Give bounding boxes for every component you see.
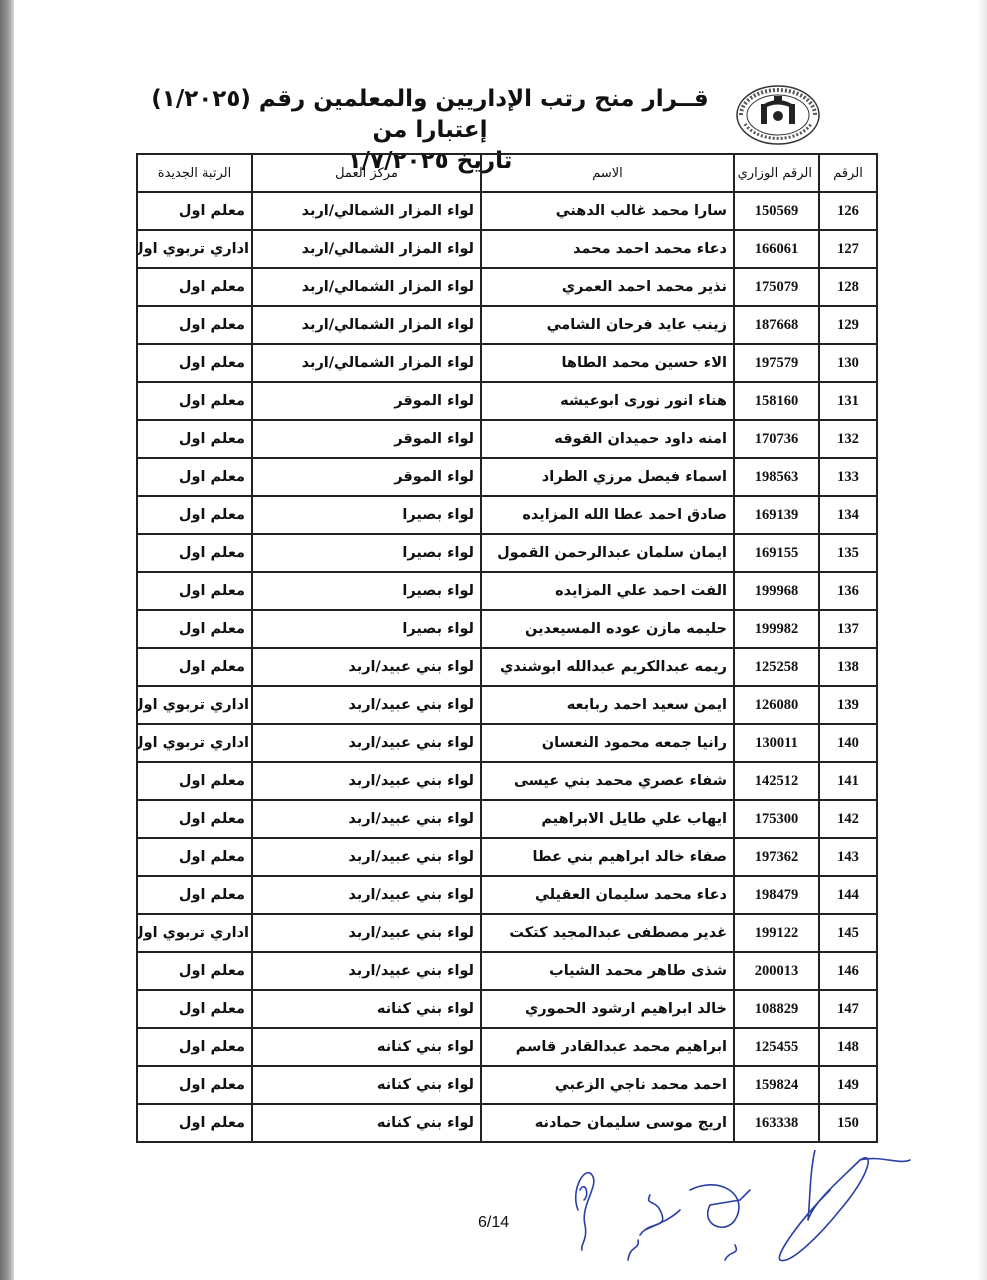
cell-serial: 131 xyxy=(819,382,877,420)
cell-work-center: لواء بصيرا xyxy=(252,534,481,572)
cell-serial: 145 xyxy=(819,914,877,952)
cell-new-rank: معلم اول xyxy=(137,610,252,648)
table-body: 126150569سارا محمد غالب الدهنيلواء المزا… xyxy=(137,192,877,1142)
cell-new-rank: معلم اول xyxy=(137,382,252,420)
cell-name: صادق احمد عطا الله المزايده xyxy=(481,496,734,534)
cell-ministry-id: 159824 xyxy=(734,1066,819,1104)
table-row: 146200013شذى طاهر محمد الشيابلواء بني عب… xyxy=(137,952,877,990)
table-row: 135169155ايمان سلمان عبدالرحمن القموللوا… xyxy=(137,534,877,572)
cell-ministry-id: 197362 xyxy=(734,838,819,876)
cell-work-center: لواء بني كنانه xyxy=(252,1104,481,1142)
cell-ministry-id: 108829 xyxy=(734,990,819,1028)
cell-ministry-id: 158160 xyxy=(734,382,819,420)
cell-work-center: لواء بصيرا xyxy=(252,610,481,648)
cell-serial: 136 xyxy=(819,572,877,610)
cell-work-center: لواء بني كنانه xyxy=(252,990,481,1028)
cell-name: حليمه مازن عوده المسيعدين xyxy=(481,610,734,648)
cell-serial: 140 xyxy=(819,724,877,762)
cell-serial: 146 xyxy=(819,952,877,990)
cell-serial: 134 xyxy=(819,496,877,534)
cell-work-center: لواء الموقر xyxy=(252,458,481,496)
cell-name: صفاء خالد ابراهيم بني عطا xyxy=(481,838,734,876)
table-row: 149159824احمد محمد ناجي الزعبيلواء بني ك… xyxy=(137,1066,877,1104)
cell-new-rank: معلم اول xyxy=(137,344,252,382)
table-row: 134169139صادق احمد عطا الله المزايدهلواء… xyxy=(137,496,877,534)
cell-ministry-id: 125258 xyxy=(734,648,819,686)
table-row: 129187668زينب عايد فرحان الشاميلواء المز… xyxy=(137,306,877,344)
cell-new-rank: اداري تربوي اول xyxy=(137,724,252,762)
ministry-emblem-icon xyxy=(735,84,821,146)
cell-work-center: لواء بصيرا xyxy=(252,496,481,534)
table-row: 128175079نذير محمد احمد العمريلواء المزا… xyxy=(137,268,877,306)
header-name: الاسم xyxy=(481,154,734,192)
cell-new-rank: معلم اول xyxy=(137,420,252,458)
cell-work-center: لواء المزار الشمالي/اربد xyxy=(252,268,481,306)
cell-work-center: لواء بني عبيد/اربد xyxy=(252,876,481,914)
header-new-rank: الرتبة الجديدة xyxy=(137,154,252,192)
cell-name: نذير محمد احمد العمري xyxy=(481,268,734,306)
rank-grants-table: الرقم الرقم الوزاري الاسم مركز العمل الر… xyxy=(136,153,878,1143)
cell-new-rank: معلم اول xyxy=(137,192,252,230)
cell-new-rank: معلم اول xyxy=(137,952,252,990)
cell-name: ايمان سلمان عبدالرحمن القمول xyxy=(481,534,734,572)
cell-work-center: لواء بني عبيد/اربد xyxy=(252,952,481,990)
cell-work-center: لواء المزار الشمالي/اربد xyxy=(252,192,481,230)
cell-name: ريمه عبدالكريم عبدالله ابوشندي xyxy=(481,648,734,686)
cell-name: ايهاب علي طايل الابراهيم xyxy=(481,800,734,838)
header-serial: الرقم xyxy=(819,154,877,192)
title-line-1: قــرار منح رتب الإداريين والمعلمين رقم (… xyxy=(140,84,720,146)
cell-work-center: لواء بني عبيد/اربد xyxy=(252,724,481,762)
cell-ministry-id: 150569 xyxy=(734,192,819,230)
cell-serial: 148 xyxy=(819,1028,877,1066)
cell-new-rank: معلم اول xyxy=(137,1028,252,1066)
cell-name: شذى طاهر محمد الشياب xyxy=(481,952,734,990)
cell-ministry-id: 169139 xyxy=(734,496,819,534)
cell-new-rank: اداري تربوي اول xyxy=(137,230,252,268)
cell-work-center: لواء بني عبيد/اربد xyxy=(252,648,481,686)
cell-name: خالد ابراهيم ارشود الحموري xyxy=(481,990,734,1028)
cell-name: امنه داود حميدان القوقه xyxy=(481,420,734,458)
cell-work-center: لواء بني عبيد/اربد xyxy=(252,914,481,952)
cell-name: ايمن سعيد احمد ربابعه xyxy=(481,686,734,724)
cell-serial: 126 xyxy=(819,192,877,230)
cell-work-center: لواء بصيرا xyxy=(252,572,481,610)
cell-ministry-id: 142512 xyxy=(734,762,819,800)
cell-name: احمد محمد ناجي الزعبي xyxy=(481,1066,734,1104)
cell-serial: 141 xyxy=(819,762,877,800)
cell-serial: 133 xyxy=(819,458,877,496)
table-row: 131158160هناء انور نورى ابوعيشهلواء المو… xyxy=(137,382,877,420)
cell-new-rank: معلم اول xyxy=(137,496,252,534)
cell-new-rank: معلم اول xyxy=(137,268,252,306)
cell-work-center: لواء الموقر xyxy=(252,382,481,420)
cell-new-rank: معلم اول xyxy=(137,458,252,496)
table-row: 130197579الاء حسين محمد الطاهالواء المزا… xyxy=(137,344,877,382)
header-work-center: مركز العمل xyxy=(252,154,481,192)
cell-work-center: لواء بني عبيد/اربد xyxy=(252,762,481,800)
cell-ministry-id: 198563 xyxy=(734,458,819,496)
cell-name: هناء انور نورى ابوعيشه xyxy=(481,382,734,420)
table-row: 141142512شفاء عصري محمد بني عيسىلواء بني… xyxy=(137,762,877,800)
cell-serial: 142 xyxy=(819,800,877,838)
cell-serial: 138 xyxy=(819,648,877,686)
cell-new-rank: معلم اول xyxy=(137,800,252,838)
cell-ministry-id: 130011 xyxy=(734,724,819,762)
handwritten-signatures-icon xyxy=(540,1150,920,1275)
cell-serial: 137 xyxy=(819,610,877,648)
cell-work-center: لواء بني عبيد/اربد xyxy=(252,838,481,876)
cell-new-rank: معلم اول xyxy=(137,572,252,610)
table-row: 143197362صفاء خالد ابراهيم بني عطالواء ب… xyxy=(137,838,877,876)
cell-work-center: لواء المزار الشمالي/اربد xyxy=(252,306,481,344)
cell-serial: 132 xyxy=(819,420,877,458)
cell-name: دعاء محمد سليمان العقيلي xyxy=(481,876,734,914)
cell-serial: 130 xyxy=(819,344,877,382)
header-ministry-id: الرقم الوزاري xyxy=(734,154,819,192)
cell-serial: 139 xyxy=(819,686,877,724)
cell-new-rank: معلم اول xyxy=(137,876,252,914)
cell-new-rank: معلم اول xyxy=(137,838,252,876)
table-row: 132170736امنه داود حميدان القوقهلواء الم… xyxy=(137,420,877,458)
cell-ministry-id: 199982 xyxy=(734,610,819,648)
cell-serial: 129 xyxy=(819,306,877,344)
cell-new-rank: معلم اول xyxy=(137,534,252,572)
cell-name: دعاء محمد احمد محمد xyxy=(481,230,734,268)
cell-ministry-id: 175300 xyxy=(734,800,819,838)
cell-ministry-id: 199122 xyxy=(734,914,819,952)
cell-ministry-id: 197579 xyxy=(734,344,819,382)
cell-ministry-id: 187668 xyxy=(734,306,819,344)
table-row: 147108829خالد ابراهيم ارشود الحموريلواء … xyxy=(137,990,877,1028)
cell-ministry-id: 125455 xyxy=(734,1028,819,1066)
table-row: 138125258ريمه عبدالكريم عبدالله ابوشنديل… xyxy=(137,648,877,686)
table-row: 139126080ايمن سعيد احمد ربابعهلواء بني ع… xyxy=(137,686,877,724)
cell-serial: 127 xyxy=(819,230,877,268)
cell-new-rank: معلم اول xyxy=(137,762,252,800)
table-row: 136199968الفت احمد علي المزايدهلواء بصير… xyxy=(137,572,877,610)
page-edge-right xyxy=(977,0,987,1280)
cell-new-rank: معلم اول xyxy=(137,1104,252,1142)
page-number: 6/14 xyxy=(478,1214,509,1232)
table-header-row: الرقم الرقم الوزاري الاسم مركز العمل الر… xyxy=(137,154,877,192)
table-row: 145199122غدير مصطفى عبدالمجيد كتكتلواء ب… xyxy=(137,914,877,952)
cell-work-center: لواء المزار الشمالي/اربد xyxy=(252,344,481,382)
cell-work-center: لواء بني عبيد/اربد xyxy=(252,800,481,838)
cell-ministry-id: 175079 xyxy=(734,268,819,306)
cell-serial: 128 xyxy=(819,268,877,306)
cell-new-rank: معلم اول xyxy=(137,306,252,344)
cell-new-rank: معلم اول xyxy=(137,648,252,686)
table-row: 126150569سارا محمد غالب الدهنيلواء المزا… xyxy=(137,192,877,230)
cell-serial: 143 xyxy=(819,838,877,876)
table-row: 140130011رانيا جمعه محمود النعسانلواء بن… xyxy=(137,724,877,762)
table-row: 144198479دعاء محمد سليمان العقيليلواء بن… xyxy=(137,876,877,914)
cell-ministry-id: 198479 xyxy=(734,876,819,914)
cell-new-rank: اداري تربوي اول xyxy=(137,686,252,724)
table-row: 127166061دعاء محمد احمد محمدلواء المزار … xyxy=(137,230,877,268)
table-row: 133198563اسماء فيصل مرزي الطرادلواء المو… xyxy=(137,458,877,496)
cell-ministry-id: 200013 xyxy=(734,952,819,990)
cell-name: غدير مصطفى عبدالمجيد كتكت xyxy=(481,914,734,952)
cell-name: شفاء عصري محمد بني عيسى xyxy=(481,762,734,800)
cell-name: سارا محمد غالب الدهني xyxy=(481,192,734,230)
cell-ministry-id: 169155 xyxy=(734,534,819,572)
table-row: 150163338اريج موسى سليمان حمادنهلواء بني… xyxy=(137,1104,877,1142)
cell-name: زينب عايد فرحان الشامي xyxy=(481,306,734,344)
cell-ministry-id: 163338 xyxy=(734,1104,819,1142)
cell-new-rank: اداري تربوي اول xyxy=(137,914,252,952)
cell-new-rank: معلم اول xyxy=(137,1066,252,1104)
cell-work-center: لواء بني كنانه xyxy=(252,1028,481,1066)
cell-work-center: لواء بني كنانه xyxy=(252,1066,481,1104)
cell-name: اسماء فيصل مرزي الطراد xyxy=(481,458,734,496)
cell-name: اريج موسى سليمان حمادنه xyxy=(481,1104,734,1142)
cell-work-center: لواء المزار الشمالي/اربد xyxy=(252,230,481,268)
table-row: 142175300ايهاب علي طايل الابراهيملواء بن… xyxy=(137,800,877,838)
table-row: 148125455ابراهيم محمد عبدالقادر قاسملواء… xyxy=(137,1028,877,1066)
table-row: 137199982حليمه مازن عوده المسيعدينلواء ب… xyxy=(137,610,877,648)
cell-serial: 149 xyxy=(819,1066,877,1104)
cell-ministry-id: 199968 xyxy=(734,572,819,610)
cell-serial: 135 xyxy=(819,534,877,572)
cell-work-center: لواء بني عبيد/اربد xyxy=(252,686,481,724)
cell-ministry-id: 126080 xyxy=(734,686,819,724)
cell-new-rank: معلم اول xyxy=(137,990,252,1028)
cell-ministry-id: 166061 xyxy=(734,230,819,268)
cell-name: الفت احمد علي المزايده xyxy=(481,572,734,610)
cell-name: رانيا جمعه محمود النعسان xyxy=(481,724,734,762)
page-edge-left xyxy=(0,0,14,1280)
cell-name: الاء حسين محمد الطاها xyxy=(481,344,734,382)
cell-serial: 150 xyxy=(819,1104,877,1142)
cell-serial: 144 xyxy=(819,876,877,914)
cell-work-center: لواء الموقر xyxy=(252,420,481,458)
cell-serial: 147 xyxy=(819,990,877,1028)
cell-name: ابراهيم محمد عبدالقادر قاسم xyxy=(481,1028,734,1066)
cell-ministry-id: 170736 xyxy=(734,420,819,458)
